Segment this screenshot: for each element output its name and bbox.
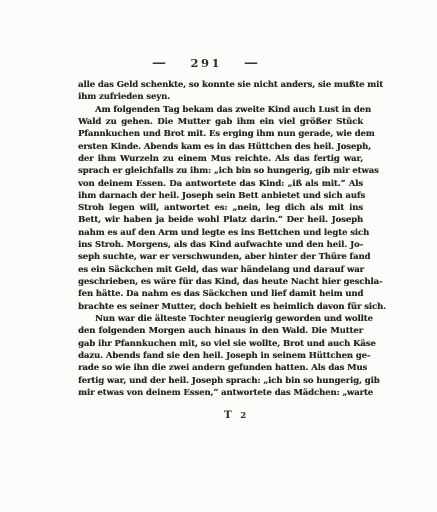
signature-letter: T xyxy=(224,409,235,421)
page-number: 291 xyxy=(188,56,222,70)
signature-mark: T 2 xyxy=(78,403,362,422)
text-line: Wald zu gehen. Die Mutter gab ihm ein vi… xyxy=(78,116,363,128)
text-line: ersten Kinde. Abends kam es in das Hüttc… xyxy=(78,141,363,153)
text-line: alle das Geld schenkte, so konnte sie ni… xyxy=(78,79,363,91)
text-line: ins Stroh. Morgens, als das Kind aufwach… xyxy=(78,239,363,251)
text-line: ihm zufrieden seyn. xyxy=(78,91,363,103)
text-line: dazu. Abends fand sie den heil. Joseph i… xyxy=(78,350,363,362)
text-line: den folgenden Morgen auch hinaus in den … xyxy=(78,325,363,337)
body-text: alle das Geld schenkte, so konnte sie ni… xyxy=(78,79,363,399)
text-line: Nun war die älteste Tochter neugierig ge… xyxy=(78,313,363,325)
text-line: ihm darnach der heil. Joseph sein Bett a… xyxy=(78,190,363,202)
text-line: fen hätte. Da nahm es das Säckchen und l… xyxy=(78,288,363,300)
text-line: Pfannkuchen und Brot mit. Es erging ihm … xyxy=(78,128,363,140)
text-line: sprach er gleichfalls zu ihm: „ich bin s… xyxy=(78,165,363,177)
header-dash-right: — xyxy=(244,57,258,70)
signature-number: 2 xyxy=(240,411,246,421)
text-line: der ihm Wurzeln zu einem Mus reichte. Al… xyxy=(78,153,363,165)
text-line: Am folgenden Tag bekam das zweite Kind a… xyxy=(78,104,363,116)
text-line: seph suchte, war er verschwunden, aber h… xyxy=(78,251,363,263)
text-line: Stroh legen will, antwortet es: „nein, l… xyxy=(78,202,363,214)
text-line: geschrieben, es wäre für das Kind, das h… xyxy=(78,276,363,288)
text-line: fertig war, und der heil. Joseph sprach:… xyxy=(78,375,363,387)
page-header: — 291 — xyxy=(63,56,347,70)
book-page-scan: — 291 — alle das Geld schenkte, so konnt… xyxy=(0,0,437,512)
text-line: brachte es seiner Mutter, doch behielt e… xyxy=(78,301,363,313)
text-line: rade so wie ihn die zwei andern gefunden… xyxy=(78,362,363,374)
header-dash-left: — xyxy=(152,57,166,70)
text-line: gab ihr Pfannkuchen mit, so viel sie wol… xyxy=(78,338,363,350)
text-line: nahm es auf den Arm und legte es ins Bet… xyxy=(78,227,363,239)
text-line: es ein Säckchen mit Geld, das war händel… xyxy=(78,264,363,276)
text-line: Bett, wir haben ja beide wohl Platz dari… xyxy=(78,214,363,226)
text-line: von deinem Essen. Da antwortete das Kind… xyxy=(78,178,363,190)
text-line: mir etwas von deinem Essen,“ antwortete … xyxy=(78,387,363,399)
